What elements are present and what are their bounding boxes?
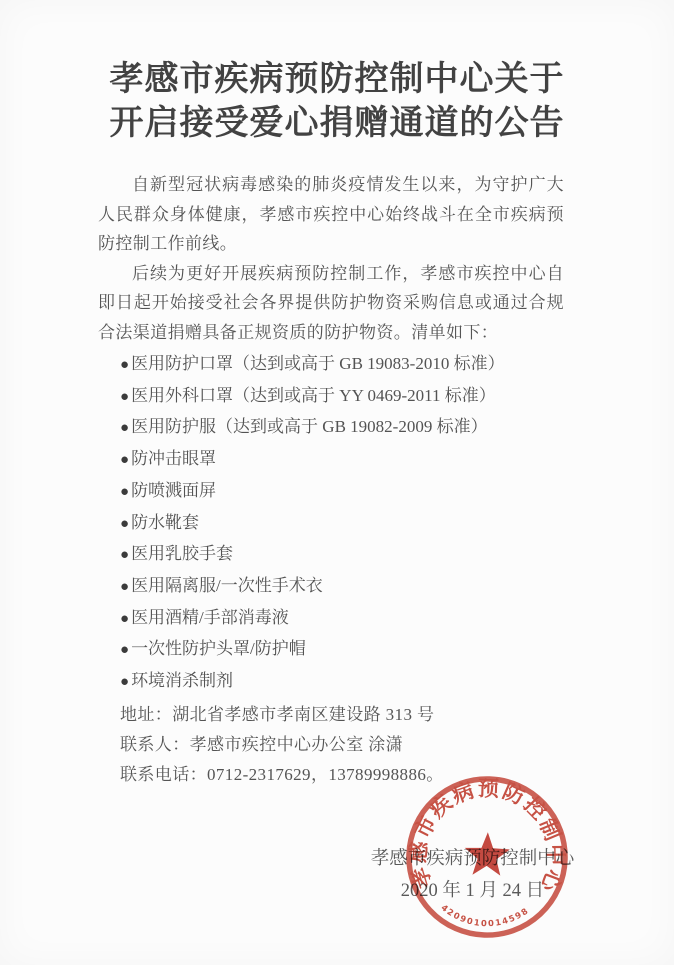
announcement-page: 孝感市疾病预防控制中心关于 开启接受爱心捐赠通道的公告 自新型冠状病毒感染的肺炎… <box>0 0 674 965</box>
official-seal-stamp: 孝感市疾病预防控制中心 4209010014598 <box>400 770 574 944</box>
list-item-text: 医用防护口罩（达到或高于 GB 19083-2010 标准） <box>131 354 505 373</box>
list-item: ●医用酒精/手部消毒液 <box>120 603 564 635</box>
list-item-text: 医用酒精/手部消毒液 <box>131 608 289 627</box>
supplies-list: ●医用防护口罩（达到或高于 GB 19083-2010 标准） ●医用外科口罩（… <box>98 349 564 698</box>
list-item-text: 医用防护服（达到或高于 GB 19082-2009 标准） <box>131 417 488 436</box>
list-item: ●防冲击眼罩 <box>120 444 564 476</box>
bullet-icon: ● <box>120 611 129 627</box>
list-item: ●医用防护服（达到或高于 GB 19082-2009 标准） <box>120 412 564 444</box>
list-item: ●医用乳胶手套 <box>120 539 564 571</box>
bullet-icon: ● <box>120 452 129 468</box>
list-item: ●防水靴套 <box>120 508 564 540</box>
contact-line: 地址：湖北省孝感市孝南区建设路 313 号 <box>120 700 564 730</box>
list-item-text: 一次性防护头罩/防护帽 <box>131 639 306 658</box>
intro-paragraph: 自新型冠状病毒感染的肺炎疫情发生以来，为守护广大人民群众身体健康，孝感市疾控中心… <box>98 170 564 259</box>
bullet-icon: ● <box>120 642 129 658</box>
bullet-icon: ● <box>120 357 129 373</box>
list-item-text: 医用隔离服/一次性手术衣 <box>131 576 323 595</box>
bullet-icon: ● <box>120 516 129 532</box>
contact-line: 联系人：孝感市疾控中心办公室 涂潇 <box>120 730 564 760</box>
list-item: ●医用外科口罩（达到或高于 YY 0469-2011 标准） <box>120 381 564 413</box>
document-body: 自新型冠状病毒感染的肺炎疫情发生以来，为守护广大人民群众身体健康，孝感市疾控中心… <box>98 170 564 790</box>
list-item: ●环境消杀制剂 <box>120 666 564 698</box>
list-item-text: 防喷溅面屏 <box>131 481 216 500</box>
list-item: ●医用隔离服/一次性手术衣 <box>120 571 564 603</box>
document-title-line1: 孝感市疾病预防控制中心关于 <box>0 58 674 102</box>
bullet-icon: ● <box>120 484 129 500</box>
list-item-text: 环境消杀制剂 <box>131 671 233 690</box>
seal-star-icon <box>464 832 511 876</box>
list-item-text: 防冲击眼罩 <box>131 449 216 468</box>
list-item-text: 医用外科口罩（达到或高于 YY 0469-2011 标准） <box>131 386 496 405</box>
list-item-text: 防水靴套 <box>131 513 199 532</box>
document-title: 孝感市疾病预防控制中心关于 开启接受爱心捐赠通道的公告 <box>0 0 674 146</box>
bullet-icon: ● <box>120 389 129 405</box>
document-title-line2: 开启接受爱心捐赠通道的公告 <box>0 102 674 146</box>
list-item-text: 医用乳胶手套 <box>131 544 233 563</box>
list-item: ●一次性防护头罩/防护帽 <box>120 634 564 666</box>
bullet-icon: ● <box>120 420 129 436</box>
bullet-icon: ● <box>120 674 129 690</box>
bullet-icon: ● <box>120 579 129 595</box>
bullet-icon: ● <box>120 547 129 563</box>
donation-paragraph: 后续为更好开展疾病预防控制工作，孝感市疾控中心自即日起开始接受社会各界提供防护物… <box>98 259 564 348</box>
list-item: ●医用防护口罩（达到或高于 GB 19083-2010 标准） <box>120 349 564 381</box>
list-item: ●防喷溅面屏 <box>120 476 564 508</box>
